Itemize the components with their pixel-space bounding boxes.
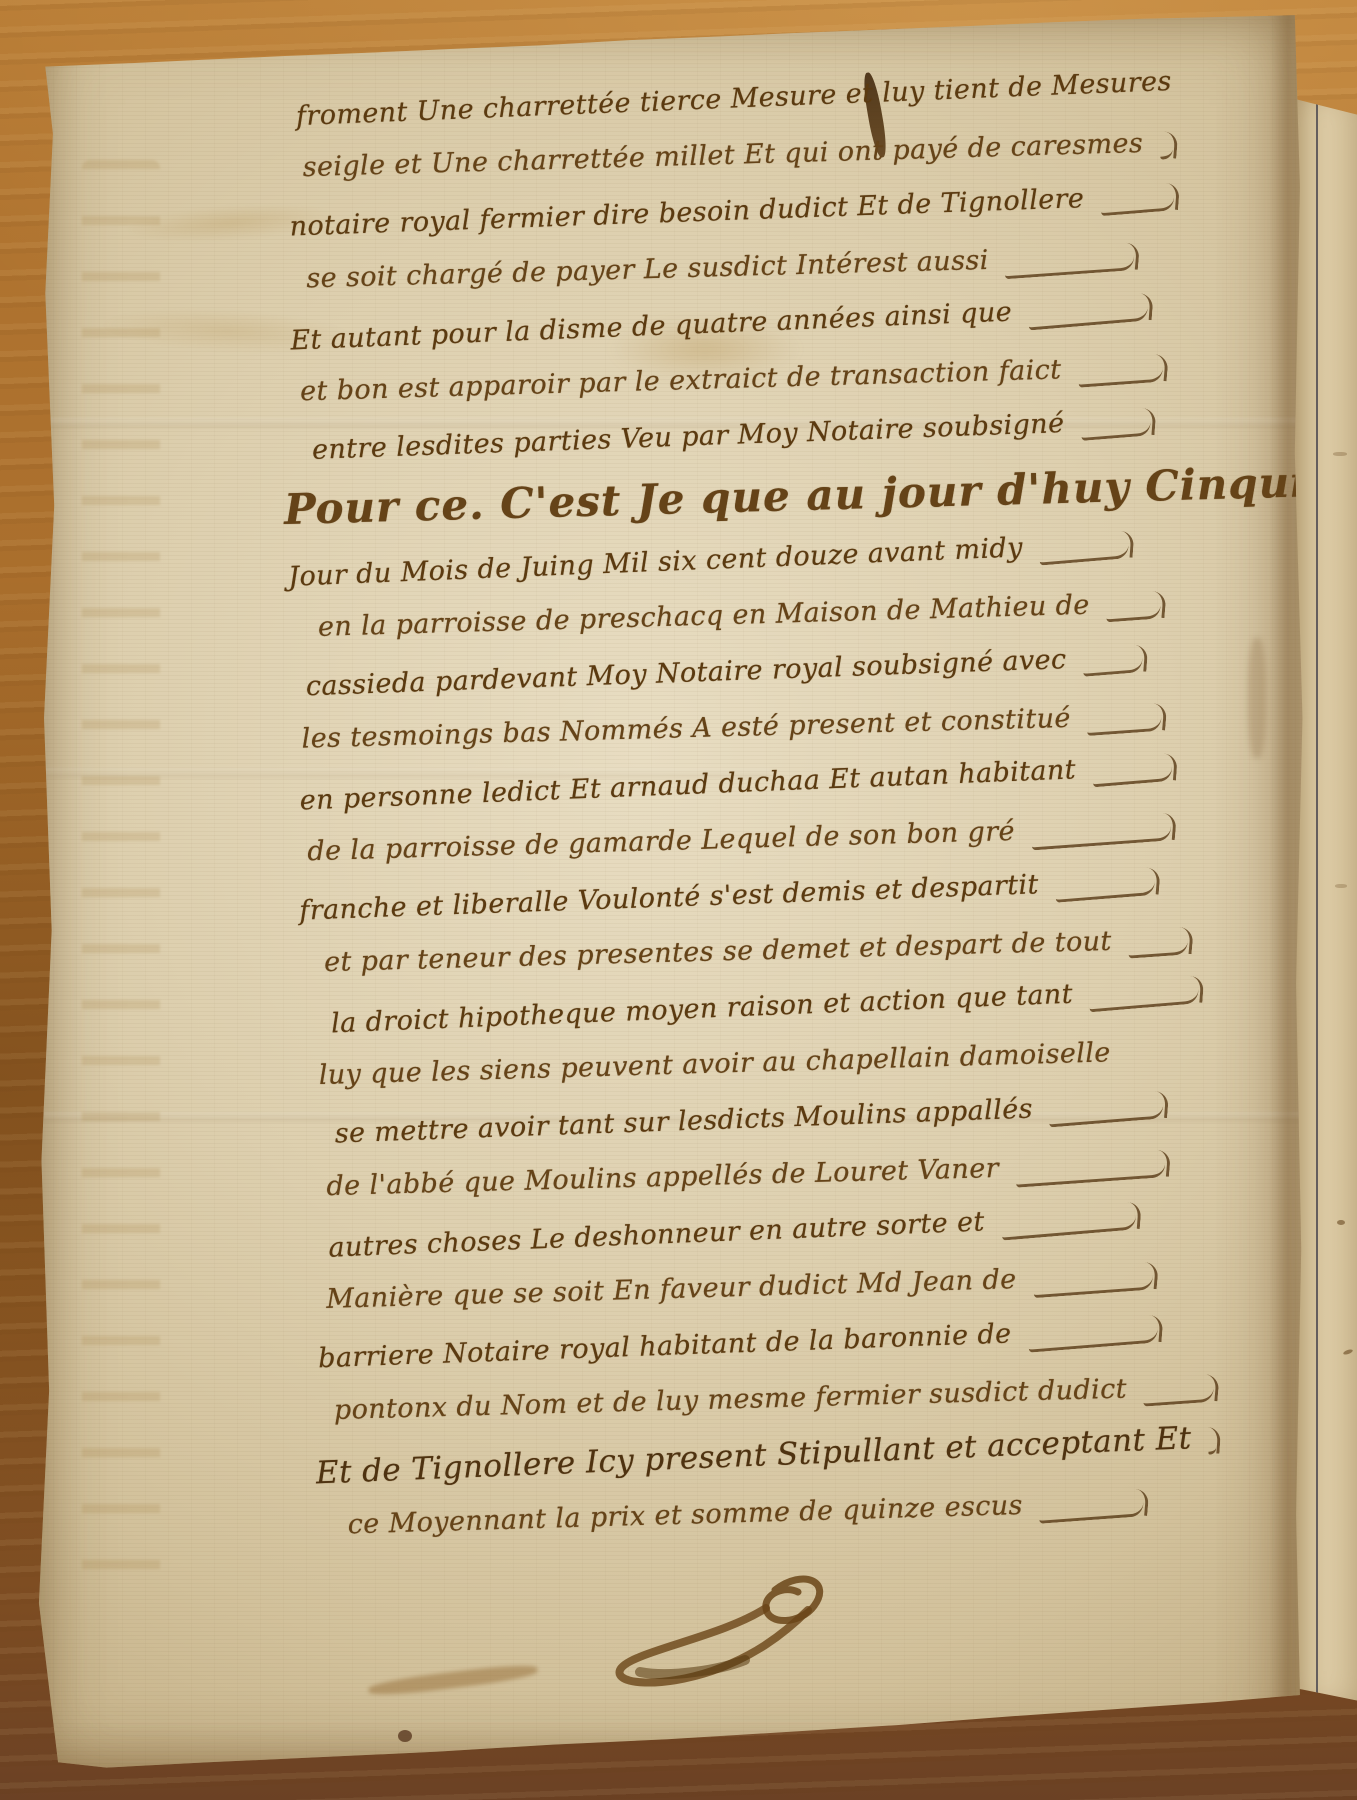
manuscript-line-text: se soit chargé de payer Le susdict Intér… [306, 244, 989, 293]
manuscript-line-text: de la parroisse de gamarde Lequel de son… [307, 815, 1015, 866]
line-end-flourish [1038, 535, 1130, 565]
line-end-flourish [1000, 1206, 1136, 1240]
line-end-flourish [1014, 1154, 1165, 1188]
notary-paraph-icon [570, 1566, 880, 1696]
manuscript-line-text: Manière que se soit En faveur dudict Md … [326, 1264, 1017, 1315]
line-end-flourish [1105, 595, 1162, 622]
line-end-flourish [1088, 980, 1200, 1012]
line-end-flourish [1207, 1431, 1217, 1455]
manuscript-line-text: se mettre avoir tant sur lesdicts Moulin… [334, 1093, 1033, 1149]
manuscript-line-text: barriere Notaire royal habitant de la ba… [318, 1318, 1012, 1374]
line-end-flourish [1030, 817, 1171, 850]
ink-speck [1335, 884, 1347, 888]
line-end-flourish [1080, 412, 1152, 440]
line-end-flourish [1048, 1095, 1164, 1127]
ink-speck [1343, 1348, 1354, 1355]
line-end-flourish [1086, 707, 1162, 735]
line-end-flourish [1100, 187, 1176, 216]
line-end-flourish [1004, 247, 1135, 279]
line-end-flourish [1038, 1493, 1144, 1524]
margin-ruling-line [1316, 92, 1318, 1707]
line-end-flourish [1077, 358, 1163, 387]
line-end-flourish [1082, 649, 1144, 677]
line-end-flourish [1158, 135, 1173, 159]
second-page-edge [1293, 92, 1357, 1707]
manuscript-lines: froment Une charrettée tierce Mesure et … [270, 56, 1218, 1555]
line-end-flourish [1054, 871, 1156, 902]
paper-stain [1248, 638, 1266, 758]
ink-speck [1337, 1220, 1345, 1225]
line-end-flourish [1127, 931, 1188, 958]
line-end-flourish [1032, 1266, 1153, 1298]
line-end-flourish [1142, 1378, 1214, 1406]
line-end-flourish [1091, 757, 1173, 787]
manuscript-line-text: de l'abbé que Moulins appellés de Louret… [326, 1152, 999, 1201]
ink-spot [398, 1730, 412, 1742]
line-end-flourish [1027, 297, 1149, 330]
ink-speck [1333, 452, 1347, 456]
manuscript-line-text: ce Moyennant la prix et somme de quinze … [347, 1489, 1023, 1539]
paper-sheet: froment Une charrettée tierce Mesure et … [30, 10, 1305, 1780]
line-end-flourish [1027, 1319, 1158, 1352]
ink-bleedthrough-marks [82, 160, 160, 1590]
